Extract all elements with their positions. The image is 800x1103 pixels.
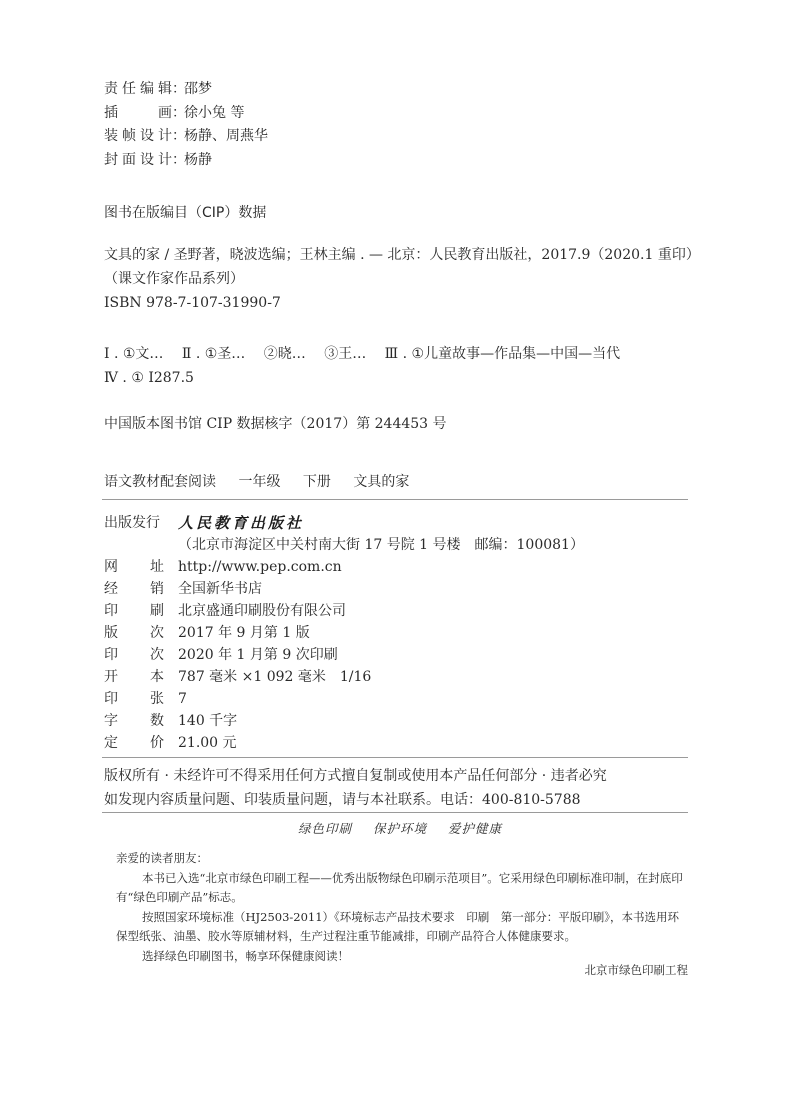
publisher-logo: 人民教育出版社 xyxy=(178,512,304,534)
copyright-notice: 版权所有 · 未经许可不得采用任何方式擅自复制或使用本产品任何部分 · 违者必究… xyxy=(104,764,607,812)
pub-row: 印刷北京盛通印刷股份有限公司 xyxy=(104,600,584,622)
divider xyxy=(102,757,688,758)
publisher-address: （北京市海淀区中关村南大街 17 号院 1 号楼 邮编：100081） xyxy=(104,534,584,556)
publication-info: 出版发行 人民教育出版社 （北京市海淀区中关村南大街 17 号院 1 号楼 邮编… xyxy=(104,512,584,754)
pub-row: 印张7 xyxy=(104,688,584,710)
cip-line-2: （课文作家作品系列） xyxy=(104,267,700,291)
cip-line-1: 文具的家 / 圣野著，晓波选编；王林主编 . — 北京：人民教育出版社，2017… xyxy=(104,243,700,267)
credit-row-editor: 责任编辑：邵梦 xyxy=(104,78,268,102)
credit-label: 装帧设计 xyxy=(104,125,172,149)
pub-row: 经销全国新华书店 xyxy=(104,578,584,600)
website-link[interactable]: http://www.pep.com.cn xyxy=(178,556,342,578)
credits-block: 责任编辑：邵梦 插画：徐小兔 等 装帧设计：杨静、周燕华 封面设计：杨静 xyxy=(104,78,268,172)
salutation: 亲爱的读者朋友： xyxy=(116,849,686,869)
divider xyxy=(102,812,688,813)
letter-signature: 北京市绿色印刷工程 xyxy=(585,962,689,978)
series-title: 语文教材配套阅读 一年级 下册 文具的家 xyxy=(104,471,427,491)
isbn: ISBN 978-7-107-31990-7 xyxy=(104,291,700,315)
credit-label: 封面设计 xyxy=(104,149,172,173)
pub-row: 开本787 毫米 ×1 092 毫米 1/16 xyxy=(104,666,584,688)
divider xyxy=(102,499,688,500)
reader-letter: 亲爱的读者朋友： 本书已入选“北京市绿色印刷工程——优秀出版物绿色印刷示范项目”… xyxy=(116,849,686,966)
pub-row: 版次2017 年 9 月第 1 版 xyxy=(104,622,584,644)
cip-title: 图书在版编目（CIP）数据 xyxy=(104,202,266,222)
cip-classification: Ⅰ . ①文… Ⅱ . ①圣… ②晓… ③王… Ⅲ . ①儿童故事—作品集—中国… xyxy=(104,342,620,390)
pub-row: 网址http://www.pep.com.cn xyxy=(104,556,584,578)
classification-line-2: Ⅳ . ① I287.5 xyxy=(104,366,620,390)
publisher-row: 出版发行 人民教育出版社 xyxy=(104,512,584,534)
credit-value: 徐小兔 等 xyxy=(184,102,244,126)
credit-row-binding-design: 装帧设计：杨静、周燕华 xyxy=(104,125,268,149)
credit-value: 杨静、周燕华 xyxy=(184,125,268,149)
pub-row: 印次2020 年 1 月第 9 次印刷 xyxy=(104,644,584,666)
pub-row: 定价21.00 元 xyxy=(104,732,584,754)
cip-record-number: 中国版本图书馆 CIP 数据核字（2017）第 244453 号 xyxy=(104,413,447,433)
credit-label: 责任编辑 xyxy=(104,78,172,102)
letter-paragraph: 按照国家环境标准（HJ2503-2011）《环境标志产品技术要求 印刷 第一部分… xyxy=(116,908,686,947)
credit-value: 杨静 xyxy=(184,149,212,173)
green-print-slogan: 绿色印刷 保护环境 爱护健康 xyxy=(0,819,800,837)
letter-paragraph: 本书已入选“北京市绿色印刷工程——优秀出版物绿色印刷示范项目”。它采用绿色印刷标… xyxy=(116,869,686,908)
credit-label: 插画 xyxy=(104,102,172,126)
credit-value: 邵梦 xyxy=(184,78,212,102)
credit-row-illustrator: 插画：徐小兔 等 xyxy=(104,102,268,126)
pub-row: 字数140 千字 xyxy=(104,710,584,732)
credit-row-cover-design: 封面设计：杨静 xyxy=(104,149,268,173)
cip-entry: 文具的家 / 圣野著，晓波选编；王林主编 . — 北京：人民教育出版社，2017… xyxy=(104,243,700,315)
classification-line-1: Ⅰ . ①文… Ⅱ . ①圣… ②晓… ③王… Ⅲ . ①儿童故事—作品集—中国… xyxy=(104,342,620,366)
